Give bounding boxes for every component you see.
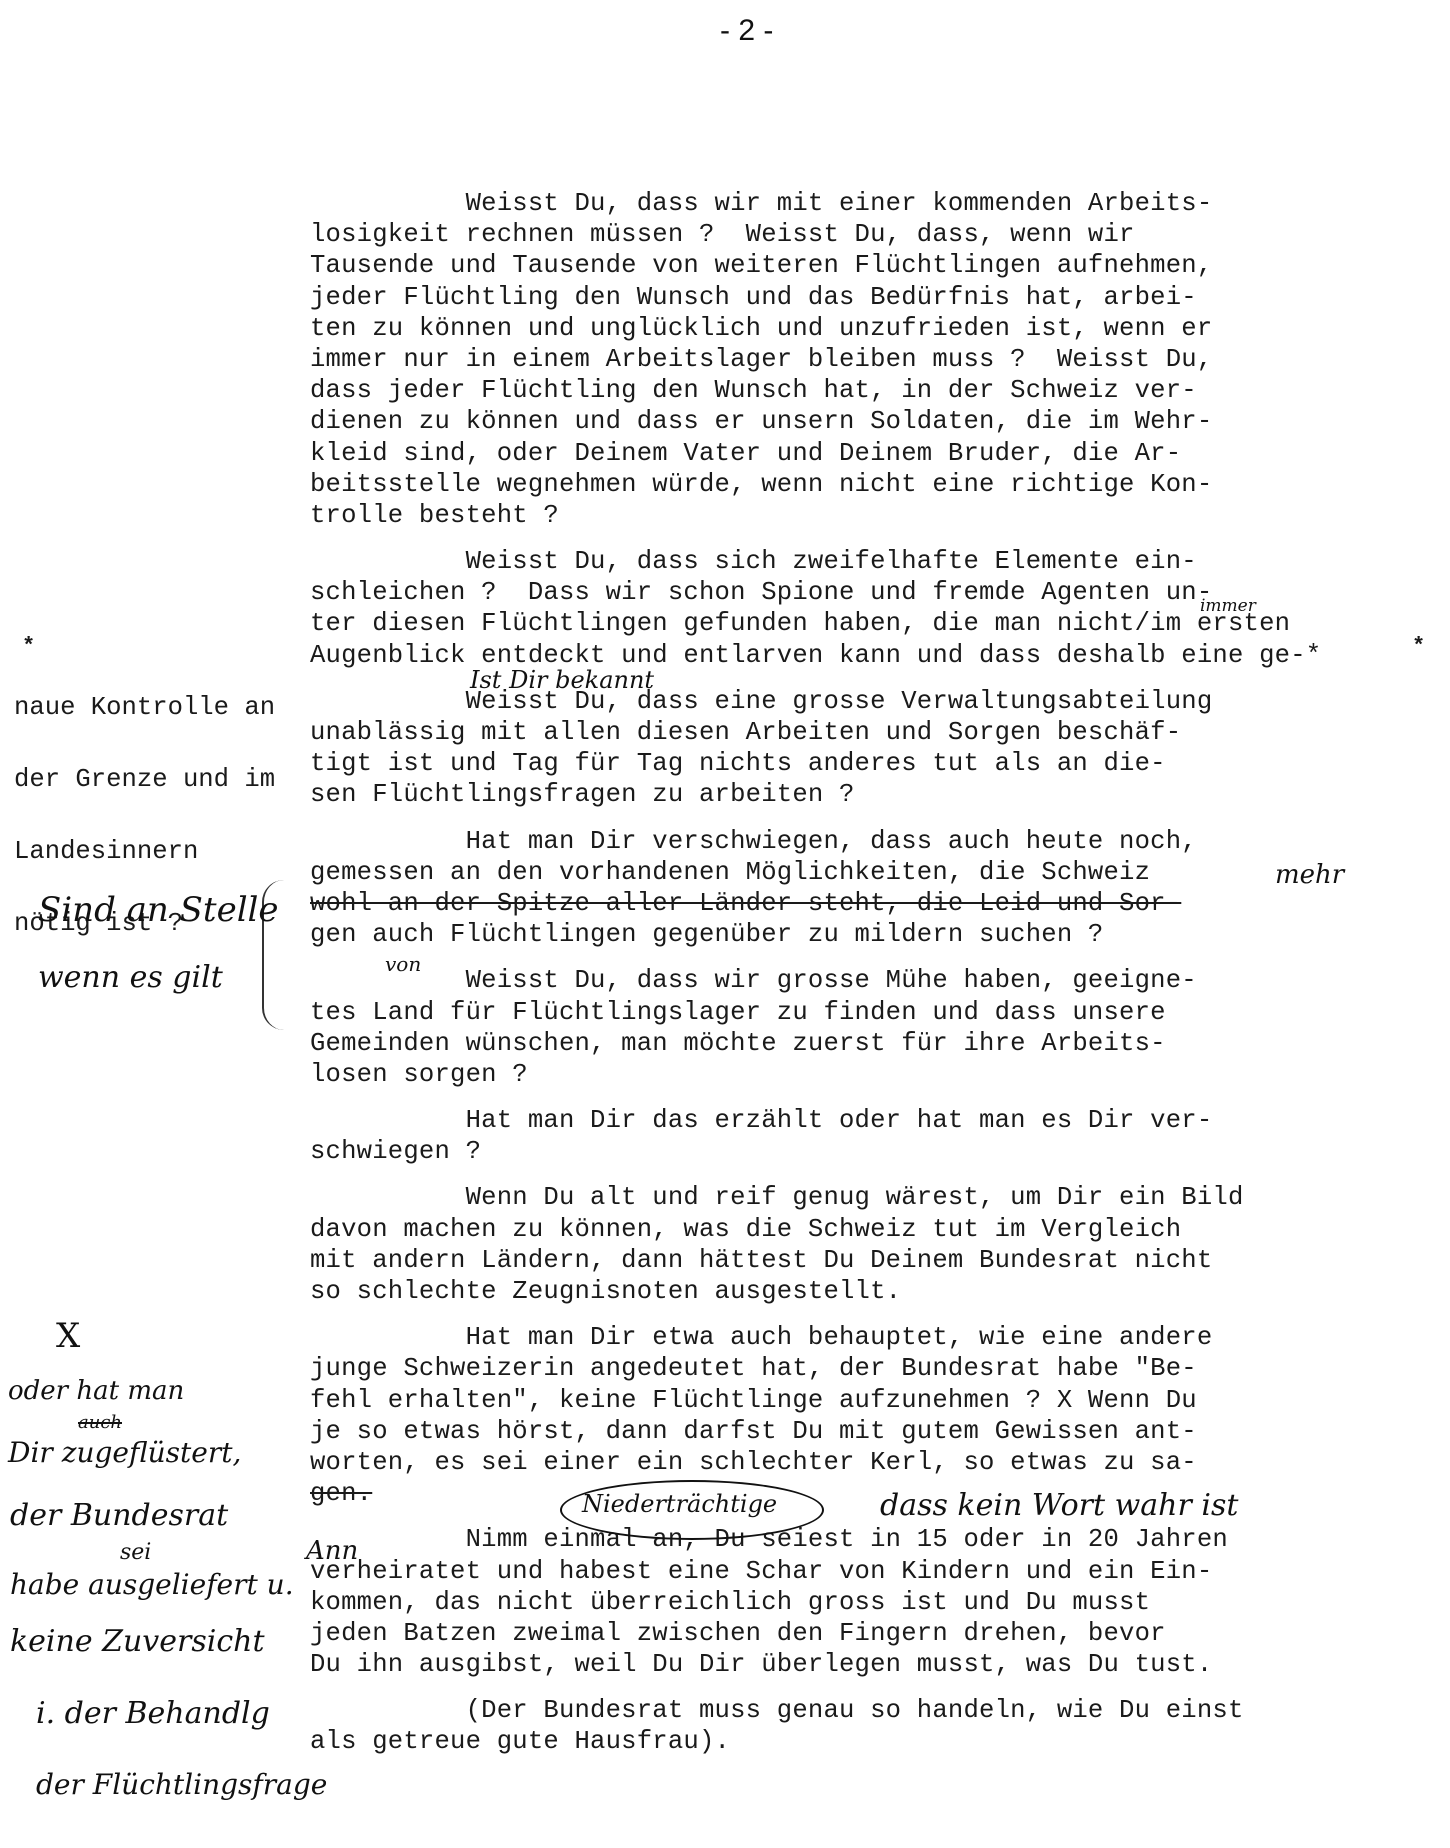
text-line: kleid sind, oder Deinem Vater und Deinem… [310,438,1430,469]
text-line: worten, es sei einer ein schlechter Kerl… [310,1447,1430,1478]
text-line: Hat man Dir das erzählt oder hat man es … [310,1105,1430,1136]
handwritten-note-bottom: auch [78,1412,122,1433]
text-line: Hat man Dir etwa auch behauptet, wie ein… [310,1322,1430,1353]
text-line: kommen, das nicht überreichlich gross is… [310,1587,1430,1618]
text-line: Du ihn ausgibst, weil Du Dir überlegen m… [310,1649,1430,1680]
handwritten-note-bottom: sei [120,1540,151,1565]
handwritten-note-bottom: habe ausgeliefert u. [10,1568,294,1601]
text-line: unablässig mit allen diesen Arbeiten und… [310,717,1430,748]
text-line: fehl erhalten", keine Flüchtlinge aufzun… [310,1385,1430,1416]
text-line: Weisst Du, dass sich zweifelhafte Elemen… [310,546,1430,577]
text-line: ten zu können und unglücklich und unzufr… [310,313,1430,344]
text-line: als getreue gute Hausfrau). [310,1726,1430,1757]
text-line: beitsstelle wegnehmen würde, wenn nicht … [310,469,1430,500]
text-line-struck: wohl an der Spitze aller Länder steht, d… [310,888,1430,919]
handwritten-x-marker: X [56,1316,80,1356]
page-number: - 2 - [720,14,773,48]
text-line: trolle besteht ? [310,500,1430,531]
text-line: sen Flüchtlingsfragen zu arbeiten ? [310,779,1430,810]
text-line-struck: gen. [310,1478,1430,1509]
text-line: losigkeit rechnen müssen ? Weisst Du, da… [310,219,1430,250]
margin-note-line: Landesinnern [14,840,275,864]
handwritten-insert-immer: immer [1200,596,1256,616]
text-line: schleichen ? Dass wir schon Spione und f… [310,577,1430,608]
paragraph-4: Hat man Dir verschwiegen, dass auch heut… [310,826,1430,951]
handwritten-replacement: Ist Dir bekannt [470,666,654,694]
text-line: immer nur in einem Arbeitslager bleiben … [310,344,1430,375]
paragraph-3: Weisst Du, dass eine grosse Verwaltungsa… [310,686,1430,811]
text-line: je so etwas hörst, dann darfst Du mit gu… [310,1416,1430,1447]
text-line: Gemeinden wünschen, man möchte zuerst fü… [310,1028,1430,1059]
paragraph-2: Weisst Du, dass sich zweifelhafte Elemen… [310,546,1430,671]
text-line: gemessen an den vorhandenen Möglichkeite… [310,857,1430,888]
text-line: so schlechte Zeugnisnoten ausgestellt. [310,1276,1430,1307]
handwritten-note-bottom: i. der Behandlg [36,1696,270,1731]
text-line: davon machen zu können, was die Schweiz … [310,1214,1430,1245]
handwritten-note-bottom: der Bundesrat [10,1498,228,1533]
handwritten-insert-mehr: mehr [1275,860,1344,890]
paragraph-8: Hat man Dir etwa auch behauptet, wie ein… [310,1322,1430,1509]
text-line: Nimm einmal an, Du seiest in 15 oder in … [310,1524,1430,1555]
text-line: dass jeder Flüchtling den Wunsch hat, in… [310,375,1430,406]
document-body: Weisst Du, dass wir mit einer kommenden … [310,188,1430,1773]
text-line: tigt ist und Tag für Tag nichts anderes … [310,748,1430,779]
handwritten-insert-von: von [385,952,421,976]
paragraph-6: Hat man Dir das erzählt oder hat man es … [310,1105,1430,1167]
paragraph-7: Wenn Du alt und reif genug wärest, um Di… [310,1182,1430,1307]
text-line: schwiegen ? [310,1136,1430,1167]
handwritten-note-bottom: Dir zugeflüstert, [8,1436,241,1469]
margin-note-line: der Grenze und im [14,768,275,792]
text-line: Tausende und Tausende von weiteren Flüch… [310,250,1430,281]
handwritten-note-bottom: oder hat man [8,1376,184,1406]
text-line: jeden Batzen zweimal zwischen den Finger… [310,1618,1430,1649]
text-line: Wenn Du alt und reif genug wärest, um Di… [310,1182,1430,1213]
text-line: tes Land für Flüchtlingslager zu finden … [310,997,1430,1028]
text-line: ter diesen Flüchtlingen gefunden haben, … [310,608,1430,639]
paragraph-5: Weisst Du, dass wir grosse Mühe haben, g… [310,965,1430,1090]
paragraph-1: Weisst Du, dass wir mit einer kommenden … [310,188,1430,531]
handwritten-line-right: dass kein Wort wahr ist [880,1488,1238,1523]
handwritten-note-left-2: wenn es gilt [38,960,223,995]
handwritten-oval-text: Niederträchtige [582,1490,777,1518]
margin-note-line: naue Kontrolle an [14,696,275,720]
text-line: mit andern Ländern, dann hättest Du Dein… [310,1245,1430,1276]
text-line: verheiratet und habest eine Schar von Ki… [310,1556,1430,1587]
handwritten-insert-ann: Ann [306,1536,358,1566]
paragraph-9: Nimm einmal an, Du seiest in 15 oder in … [310,1524,1430,1680]
paragraph-10: (Der Bundesrat muss genau so handeln, wi… [310,1695,1430,1757]
text-line: Weisst Du, dass wir mit einer kommenden … [310,188,1430,219]
text-line: (Der Bundesrat muss genau so handeln, wi… [310,1695,1430,1726]
text-line: jeder Flüchtling den Wunsch und das Bedü… [310,282,1430,313]
handwritten-note-bottom: keine Zuversicht [10,1624,265,1659]
handwritten-note-bottom: der Flüchtlingsfrage [36,1768,327,1801]
text-line: Weisst Du, dass wir grosse Mühe haben, g… [310,965,1430,996]
text-line: losen sorgen ? [310,1059,1430,1090]
text-line: Hat man Dir verschwiegen, dass auch heut… [310,826,1430,857]
handwritten-note-left-1: Sind an Stelle [38,890,279,930]
text-line: dienen zu können und dass er unsern Sold… [310,406,1430,437]
text-line: junge Schweizerin angedeutet hat, der Bu… [310,1353,1430,1384]
text-line: gen auch Flüchtlingen gegenüber zu milde… [310,919,1430,950]
